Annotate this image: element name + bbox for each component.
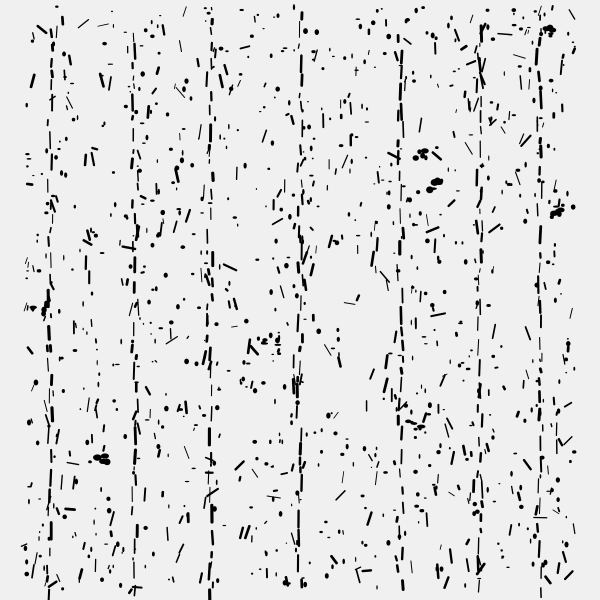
- background: [0, 0, 600, 600]
- grunge-texture: [0, 0, 600, 600]
